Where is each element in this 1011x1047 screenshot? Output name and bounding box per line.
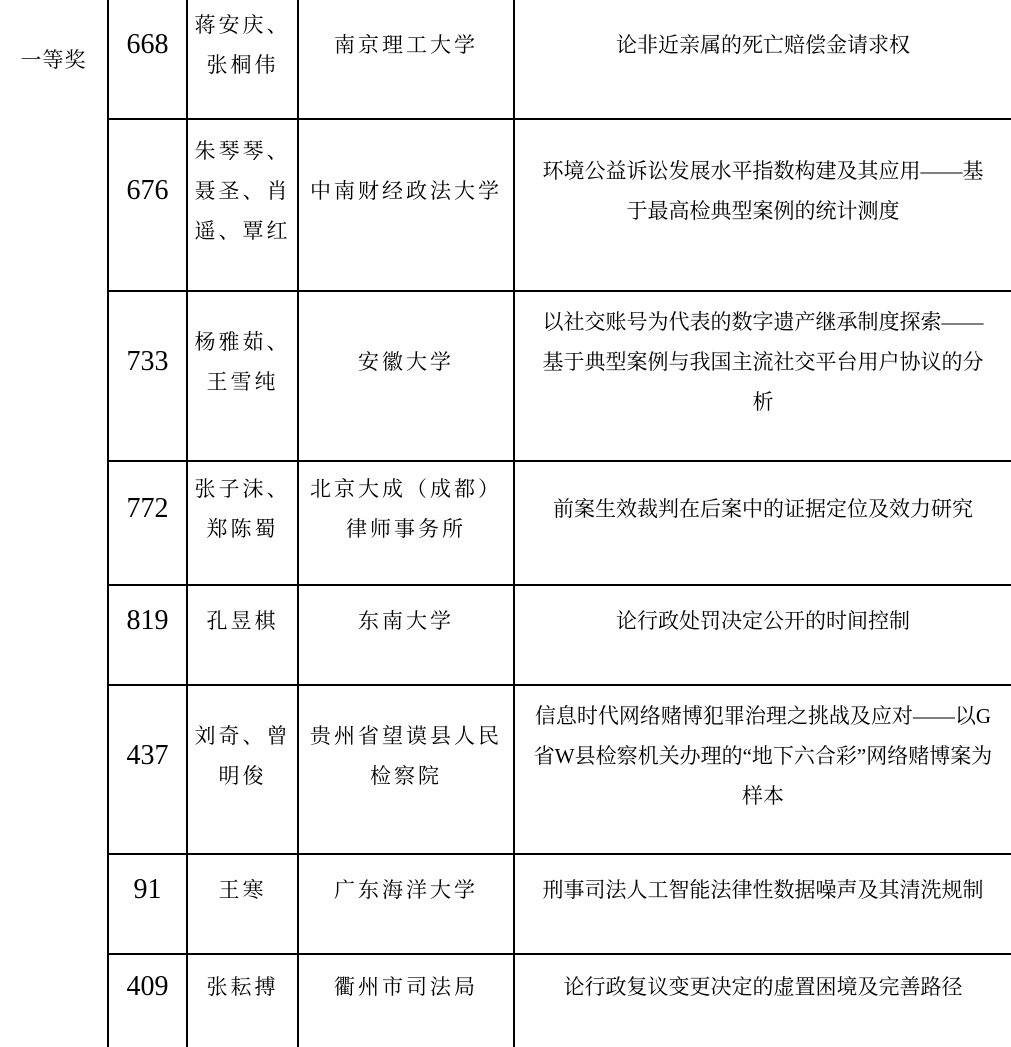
entry-number-cell: 733 <box>107 290 186 460</box>
institution-cell: 中南财经政法大学 <box>297 118 513 290</box>
entry-number-cell: 91 <box>107 853 186 953</box>
institution-cell: 安徽大学 <box>297 290 513 460</box>
paper-title-cell: 论非近亲属的死亡赔偿金请求权 <box>513 0 1011 118</box>
authors-cell: 孔昱棋 <box>186 584 297 684</box>
paper-title-cell: 论行政复议变更决定的虚置困境及完善路径 <box>513 953 1011 1047</box>
authors-cell: 蒋安庆、 张桐伟 <box>186 0 297 118</box>
authors-cell: 刘奇、曾 明俊 <box>186 684 297 853</box>
institution-cell: 衢州市司法局 <box>297 953 513 1047</box>
paper-title-cell: 论行政处罚决定公开的时间控制 <box>513 584 1011 684</box>
award-grade-cell: 一等奖 <box>0 0 107 1047</box>
institution-cell: 广东海洋大学 <box>297 853 513 953</box>
entry-number-cell: 437 <box>107 684 186 853</box>
paper-title-cell: 环境公益诉讼发展水平指数构建及其应用——基 于最高检典型案例的统计测度 <box>513 118 1011 290</box>
paper-title-cell: 以社交账号为代表的数字遗产继承制度探索—— 基于典型案例与我国主流社交平台用户协… <box>513 290 1011 460</box>
entry-number-cell: 819 <box>107 584 186 684</box>
entry-number-cell: 676 <box>107 118 186 290</box>
institution-cell: 贵州省望谟县人民 检察院 <box>297 684 513 853</box>
authors-cell: 王寒 <box>186 853 297 953</box>
awards-table: 一等奖 668 蒋安庆、 张桐伟 南京理工大学 论非近亲属的死亡赔偿金请求权 6… <box>0 0 1011 1047</box>
paper-title-cell: 信息时代网络赌博犯罪治理之挑战及应对——以G 省W县检察机关办理的“地下六合彩”… <box>513 684 1011 853</box>
institution-cell: 南京理工大学 <box>297 0 513 118</box>
institution-cell: 北京大成（成都） 律师事务所 <box>297 460 513 584</box>
paper-title-cell: 前案生效裁判在后案中的证据定位及效力研究 <box>513 460 1011 584</box>
authors-cell: 朱琴琴、 聂圣、肖 遥、覃红 <box>186 118 297 290</box>
entry-number-cell: 668 <box>107 0 186 118</box>
authors-cell: 杨雅茹、 王雪纯 <box>186 290 297 460</box>
entry-number-cell: 409 <box>107 953 186 1047</box>
entry-number-cell: 772 <box>107 460 186 584</box>
institution-cell: 东南大学 <box>297 584 513 684</box>
paper-title-cell: 刑事司法人工智能法律性数据噪声及其清洗规制 <box>513 853 1011 953</box>
authors-cell: 张子沫、 郑陈蜀 <box>186 460 297 584</box>
authors-cell: 张耘搏 <box>186 953 297 1047</box>
